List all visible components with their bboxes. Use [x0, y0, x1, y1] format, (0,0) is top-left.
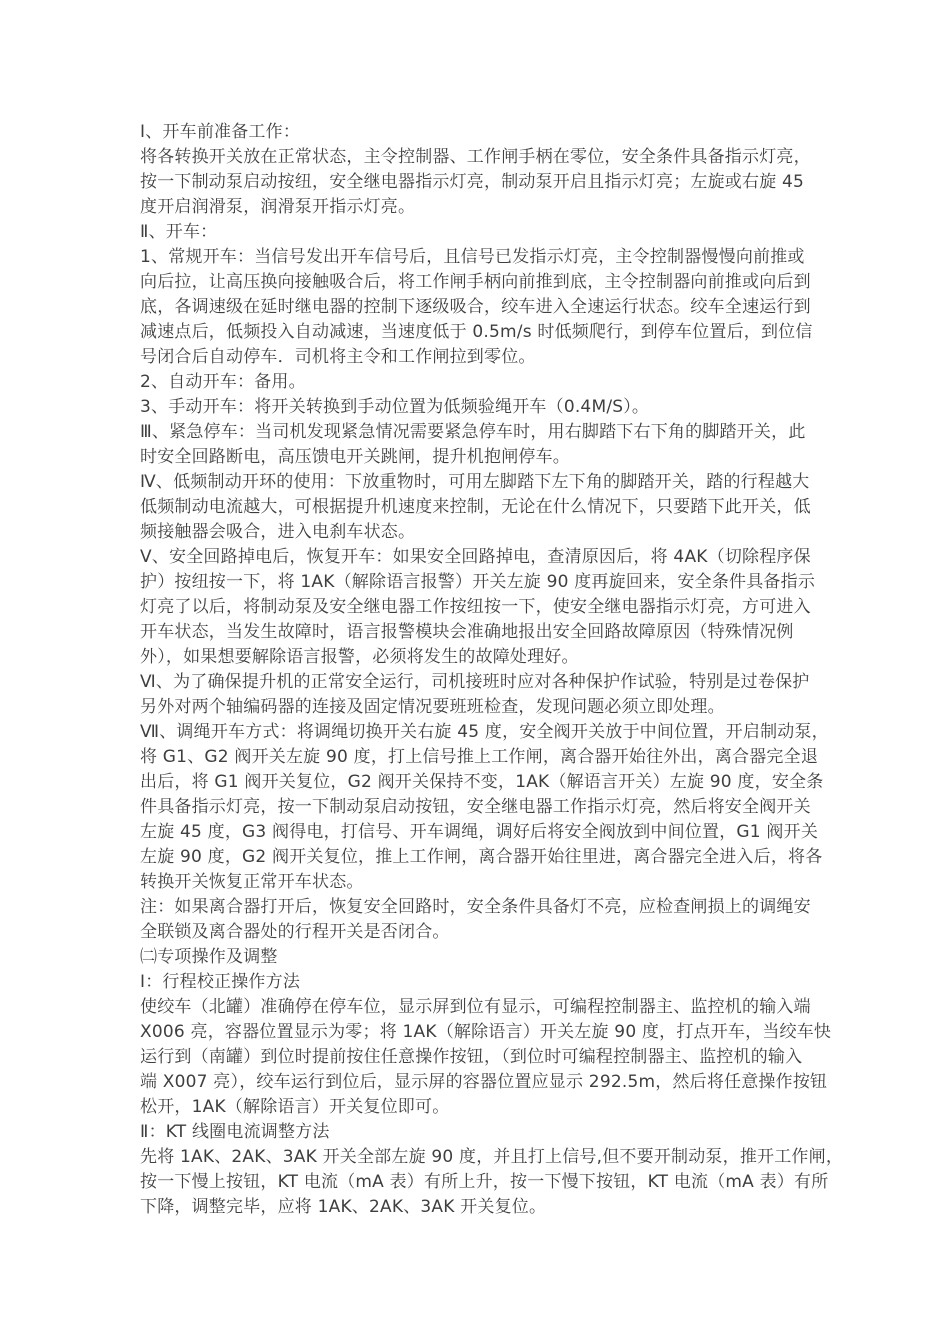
text-line: 件具备指示灯亮，按一下制动泵启动按钮，安全继电器工作指示灯亮，然后将安全阀开关 [140, 795, 832, 820]
text-line: 全联锁及离合器处的行程开关是否闭合。 [140, 920, 832, 945]
text-line: Ⅶ、调绳开车方式：将调绳切换开关右旋 45 度，安全阀开关放于中间位置，开启制动… [140, 720, 832, 745]
text-line: 注：如果离合器打开后，恢复安全回路时，安全条件具备灯不亮，应检查闸损上的调绳安 [140, 895, 832, 920]
text-line: 护）按纽按一下，将 1AK（解除语言报警）开关左旋 90 度再旋回来，安全条件具… [140, 570, 832, 595]
text-line: 开车状态，当发生故障时，语言报警模块会准确地报出安全回路故障原因（特殊情况例 [140, 620, 832, 645]
text-line: 减速点后，低频投入自动减速，当速度低于 0.5m/s 时低频爬行，到停车位置后，… [140, 320, 832, 345]
text-line: 出后，将 G1 阀开关复位，G2 阀开关保持不变，1AK（解语言开关）左旋 90… [140, 770, 832, 795]
text-line: Ⅰ：行程校正操作方法 [140, 970, 832, 995]
text-line: 松开，1AK（解除语言）开关复位即可。 [140, 1095, 832, 1120]
text-line: 转换开关恢复正常开车状态。 [140, 870, 832, 895]
text-line: 频接触器会吸合，进入电刹车状态。 [140, 520, 832, 545]
text-line: Ⅱ、开车： [140, 220, 832, 245]
text-line: Ⅲ、紧急停车：当司机发现紧急情况需要紧急停车时，用右脚踏下右下角的脚踏开关，此 [140, 420, 832, 445]
document-page: Ⅰ、开车前准备工作：将各转换开关放在正常状态，主令控制器、工作闸手柄在零位，安全… [0, 0, 950, 1344]
text-line: 将各转换开关放在正常状态，主令控制器、工作闸手柄在零位，安全条件具备指示灯亮， [140, 145, 832, 170]
text-line: X006 亮，容器位置显示为零；将 1AK（解除语言）开关左旋 90 度，打点开… [140, 1020, 832, 1045]
text-line: Ⅱ：KT 线圈电流调整方法 [140, 1120, 832, 1145]
text-line: 底，各调速级在延时继电器的控制下逐级吸合，绞车进入全速运行状态。绞车全速运行到 [140, 295, 832, 320]
text-line: 按一下制动泵启动按纽，安全继电器指示灯亮，制动泵开启且指示灯亮；左旋或右旋 45 [140, 170, 832, 195]
text-line: 2、自动开车：备用。 [140, 370, 832, 395]
text-line: 端 X007 亮），绞车运行到位后，显示屏的容器位置应显示 292.5m，然后将… [140, 1070, 832, 1095]
text-line: 另外对两个轴编码器的连接及固定情况要班班检查，发现问题必须立即处理。 [140, 695, 832, 720]
text-line: Ⅳ、低频制动开环的使用：下放重物时，可用左脚踏下左下角的脚踏开关，踏的行程越大 [140, 470, 832, 495]
text-line: Ⅴ、安全回路掉电后，恢复开车：如果安全回路掉电，查清原因后，将 4AK（切除程序… [140, 545, 832, 570]
text-line: 运行到（南罐）到位时提前按住任意操作按钮，（到位时可编程控制器主、监控机的输入 [140, 1045, 832, 1070]
text-line: 左旋 45 度，G3 阀得电，打信号、开车调绳，调好后将安全阀放到中间位置，G1… [140, 820, 832, 845]
text-line: 号闭合后自动停车．司机将主令和工作闸拉到零位。 [140, 345, 832, 370]
document-body: Ⅰ、开车前准备工作：将各转换开关放在正常状态，主令控制器、工作闸手柄在零位，安全… [140, 120, 832, 1220]
text-line: 时安全回路断电，高压馈电开关跳闸，提升机抱闸停车。 [140, 445, 832, 470]
text-line: 使绞车（北罐）准确停在停车位，显示屏到位有显示，可编程控制器主、监控机的输入端 [140, 995, 832, 1020]
text-line: 3、手动开车：将开关转换到手动位置为低频验绳开车（0.4M/S）。 [140, 395, 832, 420]
text-line: 下降，调整完毕，应将 1AK、2AK、3AK 开关复位。 [140, 1195, 832, 1220]
text-line: Ⅰ、开车前准备工作： [140, 120, 832, 145]
text-line: 灯亮了以后，将制动泵及安全继电器工作按纽按一下，使安全继电器指示灯亮，方可进入 [140, 595, 832, 620]
text-line: 向后拉，让高压换向接触吸合后，将工作闸手柄向前推到底，主令控制器向前推或向后到 [140, 270, 832, 295]
text-line: 1、常规开车：当信号发出开车信号后，且信号已发指示灯亮，主令控制器慢慢向前推或 [140, 245, 832, 270]
text-line: Ⅵ、为了确保提升机的正常安全运行，司机接班时应对各种保护作试验，特别是过卷保护 [140, 670, 832, 695]
text-line: 度开启润滑泵，润滑泵开指示灯亮。 [140, 195, 832, 220]
text-line: 按一下慢上按钮，KT 电流（mA 表）有所上升，按一下慢下按钮，KT 电流（mA… [140, 1170, 832, 1195]
text-line: 左旋 90 度，G2 阀开关复位，推上工作闸，离合器开始往里进，离合器完全进入后… [140, 845, 832, 870]
text-line: 先将 1AK、2AK、3AK 开关全部左旋 90 度，并且打上信号,但不要开制动… [140, 1145, 832, 1170]
text-line: 将 G1、G2 阀开关左旋 90 度，打上信号推上工作闸，离合器开始往外出，离合… [140, 745, 832, 770]
text-line: 外），如果想要解除语言报警，必须将发生的故障处理好。 [140, 645, 832, 670]
text-line: ㈡专项操作及调整 [140, 945, 832, 970]
text-line: 低频制动电流越大，可根据提升机速度来控制，无论在什么情况下，只要踏下此开关，低 [140, 495, 832, 520]
